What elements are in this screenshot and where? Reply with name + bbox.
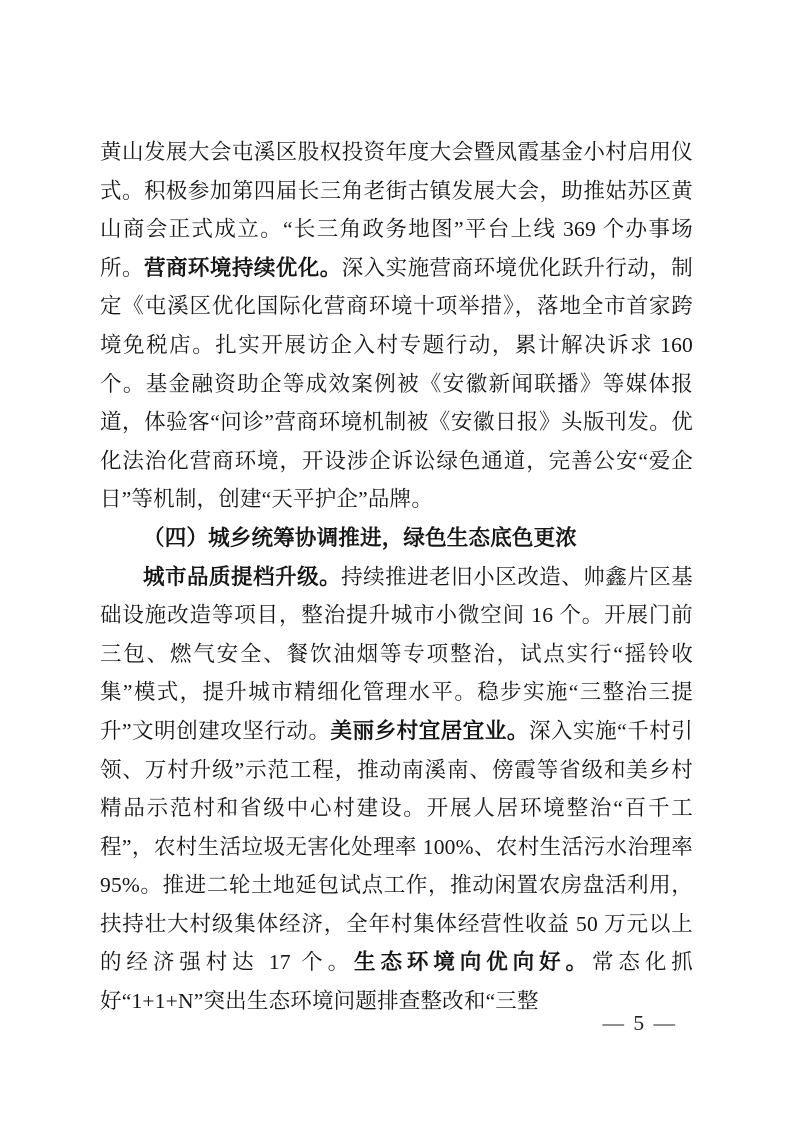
- bold-text-segment: （四）城乡统筹协调推进，绿色生态底色更浓: [143, 526, 577, 550]
- page-number: — 5 —: [603, 1004, 678, 1043]
- page-footer: — 5 —: [100, 1004, 693, 1043]
- document-page: 黄山发展大会屯溪区股权投资年度大会暨凤霞基金小村启用仪式。积极参加第四届长三角老…: [0, 0, 793, 1122]
- document-body: 黄山发展大会屯溪区股权投资年度大会暨凤霞基金小村启用仪式。积极参加第四届长三角老…: [100, 133, 693, 1021]
- text-segment: 深入实施“千村引领、万村升级”示范工程，推动南溪南、傍霞等省级和美乡村精品示范村…: [100, 719, 693, 975]
- text-segment: 持续推进老旧小区改造、帅鑫片区基础设施改造等项目，整治提升城市小微空间 16 个…: [100, 565, 693, 743]
- paragraph: 城市品质提档升级。持续推进老旧小区改造、帅鑫片区基础设施改造等项目，整治提升城市…: [100, 558, 693, 1021]
- bold-text-segment: 生态环境向优向好。: [354, 950, 592, 974]
- bold-text-segment: 城市品质提档升级。: [143, 565, 341, 589]
- bold-text-segment: 营商环境持续优化。: [144, 256, 342, 280]
- paragraph: 黄山发展大会屯溪区股权投资年度大会暨凤霞基金小村启用仪式。积极参加第四届长三角老…: [100, 133, 693, 519]
- bold-text-segment: 美丽乡村宜居宜业。: [331, 719, 529, 743]
- text-segment: 深入实施营商环境优化跃升行动，制定《屯溪区优化国际化营商环境十项举措》，落地全市…: [100, 256, 693, 512]
- section-heading: （四）城乡统筹协调推进，绿色生态底色更浓: [100, 519, 693, 558]
